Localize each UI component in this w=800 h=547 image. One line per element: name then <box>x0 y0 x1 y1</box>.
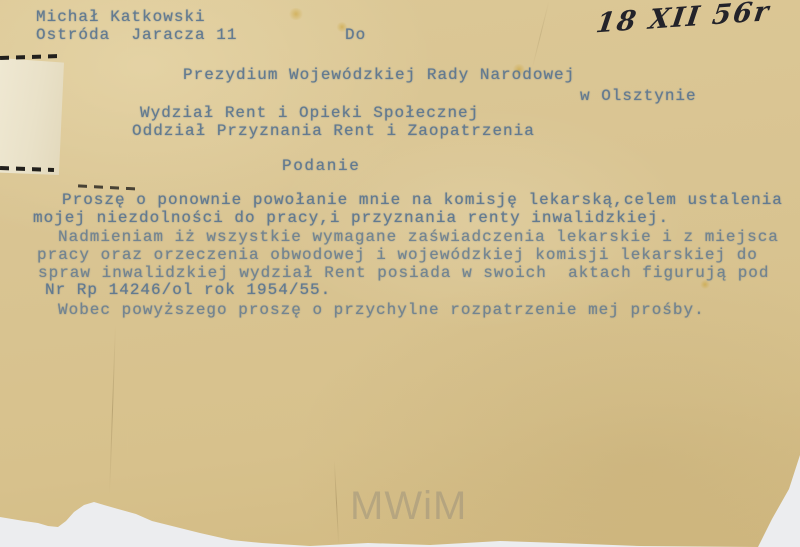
salutation-do: Do <box>345 26 366 44</box>
scanned-document: 18 XII 56r Michał Katkowski Ostróda Jara… <box>0 0 800 547</box>
recipient-city: w Olsztynie <box>580 87 697 105</box>
body-line-6: Nr Rp 14246/ol rok 1954/55. <box>45 281 331 299</box>
paper-crease <box>334 460 339 545</box>
glued-paper-patch <box>0 58 64 175</box>
paper-crease <box>532 1 550 69</box>
body-line-3: Nadmieniam iż wszystkie wymagane zaświad… <box>58 228 779 246</box>
paper-sheet: 18 XII 56r Michał Katkowski Ostróda Jara… <box>0 0 800 547</box>
paper-stain <box>288 8 304 20</box>
museum-watermark: MWiM <box>350 484 467 529</box>
document-title: Podanie <box>282 157 360 175</box>
body-line-4: pracy oraz orzeczenia obwodowej i wojewó… <box>37 246 758 264</box>
recipient-division: Oddział Przyznania Rent i Zaopatrzenia <box>132 122 535 140</box>
sender-name: Michał Katkowski <box>36 8 206 26</box>
body-line-2: mojej niezdolności do pracy,i przyznania… <box>33 209 669 227</box>
body-line-5: spraw inwalidzkiej wydział Rent posiada … <box>38 264 770 282</box>
closing-line: Wobec powyższego proszę o przychylne roz… <box>58 301 705 319</box>
sender-address: Ostróda Jaracza 11 <box>36 26 237 44</box>
ink-dash-marks-bottom-right <box>78 184 140 190</box>
recipient-name: Prezydium Wojewódzkiej Rady Narodowej <box>183 66 575 84</box>
handwritten-date: 18 XII 56r <box>594 0 778 39</box>
ink-dash-marks-top <box>0 54 60 60</box>
recipient-department: Wydział Rent i Opieki Społecznej <box>140 104 479 122</box>
paper-crease <box>109 325 116 495</box>
body-line-1: Proszę o ponownie powołanie mnie na komi… <box>62 191 783 209</box>
